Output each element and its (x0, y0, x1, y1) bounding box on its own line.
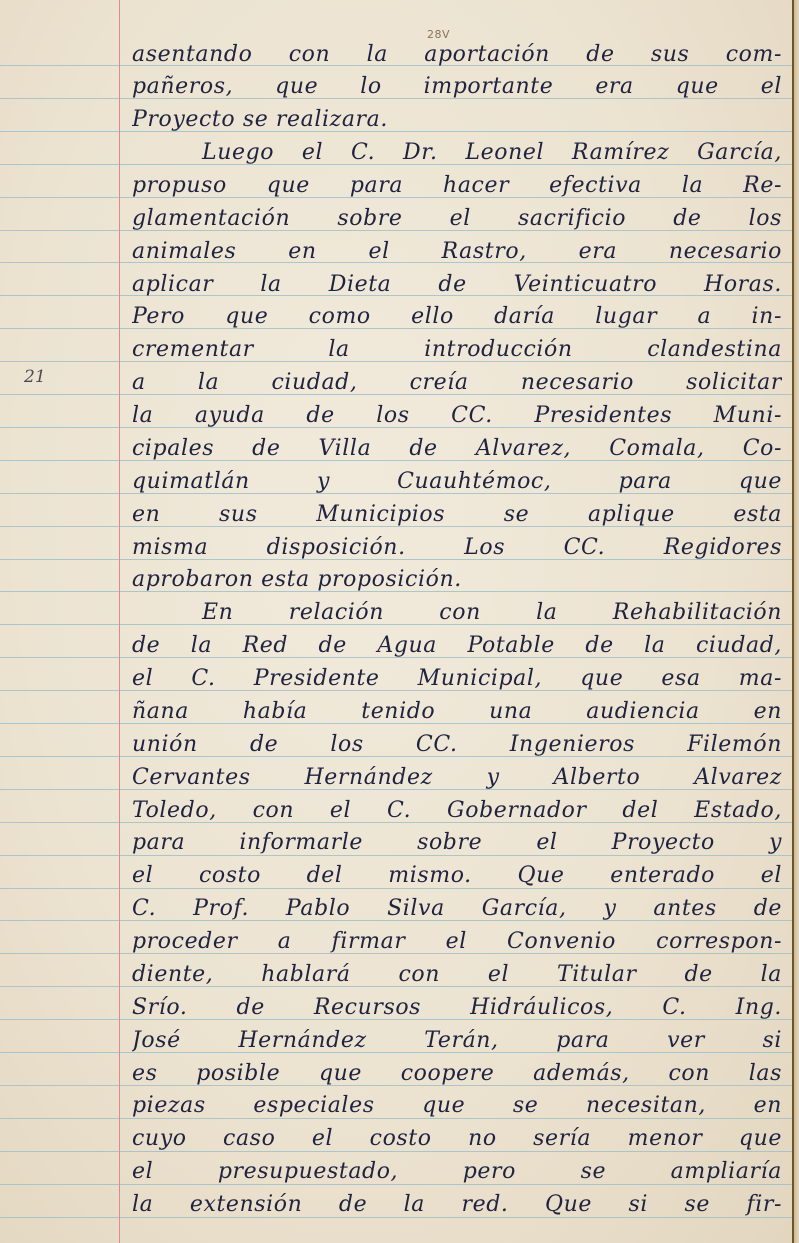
text-line: misma disposición. Los CC. Regidores (132, 533, 782, 563)
text-line: la extensión de la red. Que si se fir- (132, 1190, 782, 1220)
text-line: unión de los CC. Ingenieros Filemón (132, 730, 782, 760)
text-line: glamentación sobre el sacrificio de los (132, 204, 782, 234)
text-line: la ayuda de los CC. Presidentes Muni- (132, 401, 782, 431)
text-line: pañeros, que lo importante era que el (132, 72, 782, 102)
text-line: Pero que como ello daría lugar a in- (132, 302, 782, 332)
text-line: aplicar la Dieta de Veinticuatro Horas. (132, 270, 782, 300)
text-line: proceder a firmar el Convenio correspon- (132, 927, 782, 957)
text-line: es posible que coopere además, con las (132, 1059, 782, 1089)
text-line: cipales de Villa de Alvarez, Comala, Co- (132, 434, 782, 464)
text-line: aprobaron esta proposición. (132, 565, 782, 595)
text-line: En relación con la Rehabilitación (132, 598, 782, 628)
ledger-page: 28V 21 asentando con la aportación de su… (0, 0, 793, 1243)
margin-note-number: 21 (24, 367, 46, 387)
text-line: crementar la introducción clandestina (132, 335, 782, 365)
text-line: Srío. de Recursos Hidráulicos, C. Ing. (132, 993, 782, 1023)
text-line: el C. Presidente Municipal, que esa ma- (132, 664, 782, 694)
text-line: a la ciudad, creía necesario solicitar (132, 368, 782, 398)
text-line: C. Prof. Pablo Silva García, y antes de (132, 894, 782, 924)
text-line: para informarle sobre el Proyecto y (132, 828, 782, 858)
text-line: Proyecto se realizara. (132, 105, 782, 135)
text-line: Luego el C. Dr. Leonel Ramírez García, (132, 138, 782, 168)
text-line: animales en el Rastro, era necesario (132, 237, 782, 267)
text-line: piezas especiales que se necesitan, en (132, 1091, 782, 1121)
binding-strip (794, 0, 799, 1243)
text-line: en sus Municipios se aplique esta (132, 500, 782, 530)
text-line: de la Red de Agua Potable de la ciudad, (132, 631, 782, 661)
text-line: asentando con la aportación de sus com- (132, 40, 782, 70)
text-line: ñana había tenido una audiencia en (132, 697, 782, 727)
text-line: José Hernández Terán, para ver si (132, 1026, 782, 1056)
red-margin-line (119, 0, 120, 1243)
text-line: Toledo, con el C. Gobernador del Estado, (132, 796, 782, 826)
text-line: el presupuestado, pero se ampliaría (132, 1157, 782, 1187)
text-line: cuyo caso el costo no sería menor que (132, 1124, 782, 1154)
text-line: quimatlán y Cuauhtémoc, para que (132, 467, 782, 497)
text-line: propuso que para hacer efectiva la Re- (132, 171, 782, 201)
text-line: diente, hablará con el Titular de la (132, 960, 782, 990)
text-line: Cervantes Hernández y Alberto Alvarez (132, 763, 782, 793)
text-line: el costo del mismo. Que enterado el (132, 861, 782, 891)
